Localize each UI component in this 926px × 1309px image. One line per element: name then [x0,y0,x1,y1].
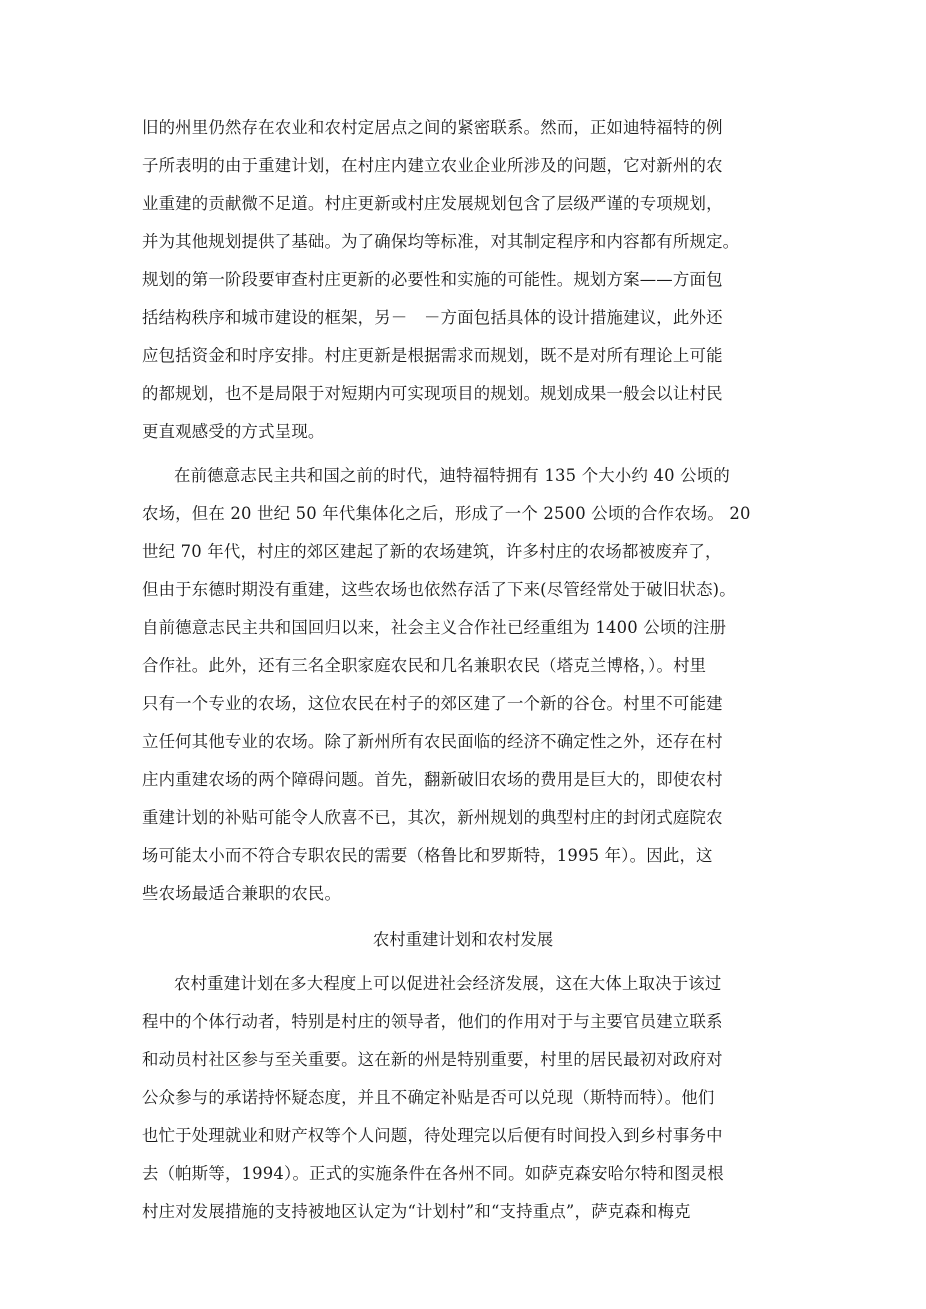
text-line: 也忙于处理就业和财产权等个人问题，待处理完以后便有时间投入到乡村事务中 [142,1126,792,1146]
text-line: 农场，但在 20 世纪 50 年代集体化之后，形成了一个 2500 公顷的合作农… [142,504,792,524]
text-line: 业重建的贡献微不足道。村庄更新或村庄发展规划包含了层级严谨的专项规划， [142,194,792,214]
text-line: 更直观感受的方式呈现。 [142,422,792,442]
text-line: 括结构秩序和城市建设的框架，另－ －方面包括具体的设计措施建议，此外还 [142,308,792,328]
section-heading: 农村重建计划和农村发展 [0,930,926,950]
text-line: 合作社。此外，还有三名全职家庭农民和几名兼职农民（塔克兰博格，）。村里 [142,656,792,676]
document-page: 旧的州里仍然存在农业和农村定居点之间的紧密联系。然而，正如迪特福特的例 子所表明… [0,0,926,1309]
text-line: 些农场最适合兼职的农民。 [142,884,792,904]
text-line: 立任何其他专业的农场。除了新州所有农民面临的经济不确定性之外，还存在村 [142,732,792,752]
text-line: 场可能太小而不符合专职农民的需要（格鲁比和罗斯特，1995 年）。因此，这 [142,846,792,866]
text-line: 公众参与的承诺持怀疑态度，并且不确定补贴是否可以兑现（斯特而特）。他们 [142,1088,792,1108]
text-line: 只有一个专业的农场，这位农民在村子的郊区建了一个新的谷仓。村里不可能建 [142,694,792,714]
text-line: 程中的个体行动者，特别是村庄的领导者，他们的作用对于与主要官员建立联系 [142,1012,792,1032]
text-line: 重建计划的补贴可能令人欣喜不已，其次，新州规划的典型村庄的封闭式庭院农 [142,808,792,828]
text-line: 并为其他规划提供了基础。为了确保均等标准，对其制定程序和内容都有所规定。 [142,232,792,252]
text-line: 子所表明的由于重建计划，在村庄内建立农业企业所涉及的问题，它对新州的农 [142,156,792,176]
text-line: 但由于东德时期没有重建，这些农场也依然存活了下来(尽管经常处于破旧状态)。 [142,580,792,600]
text-line: 规划的第一阶段要审查村庄更新的必要性和实施的可能性。规划方案——方面包 [142,270,792,290]
text-line: 在前德意志民主共和国之前的时代，迪特福特拥有 135 个大小约 40 公顷的 [174,466,792,486]
text-line: 自前德意志民主共和国回归以来，社会主义合作社已经重组为 1400 公顷的注册 [142,618,792,638]
text-line: 的都规划，也不是局限于对短期内可实现项目的规划。规划成果一般会以让村民 [142,384,792,404]
text-line: 村庄对发展措施的支持被地区认定为“计划村”和“支持重点”，萨克森和梅克 [142,1202,792,1222]
text-line: 去（帕斯等，1994）。正式的实施条件在各州不同。如萨克森安哈尔特和图灵根 [142,1164,792,1184]
text-line: 庄内重建农场的两个障碍问题。首先，翻新破旧农场的费用是巨大的，即使农村 [142,770,792,790]
text-line: 旧的州里仍然存在农业和农村定居点之间的紧密联系。然而，正如迪特福特的例 [142,118,792,138]
text-line: 应包括资金和时序安排。村庄更新是根据需求而规划，既不是对所有理论上可能 [142,346,792,366]
text-line: 农村重建计划在多大程度上可以促进社会经济发展，这在大体上取决于该过 [174,974,792,994]
text-line: 世纪 70 年代，村庄的郊区建起了新的农场建筑，许多村庄的农场都被废弃了， [142,542,792,562]
text-line: 和动员村社区参与至关重要。这在新的州是特别重要，村里的居民最初对政府对 [142,1050,792,1070]
